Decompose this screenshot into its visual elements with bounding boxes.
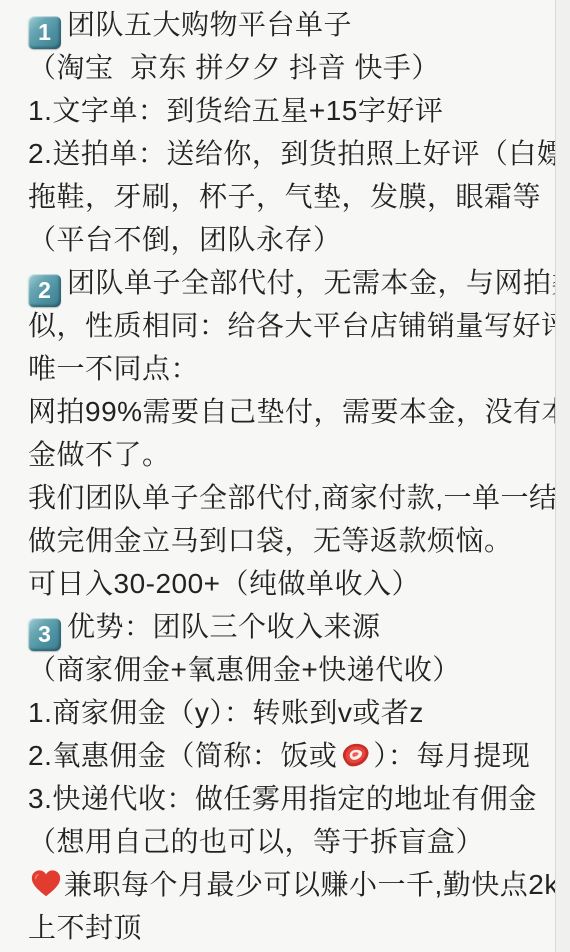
line-text: 兼职每个月最少可以赚小一千,勤快点2k， — [64, 869, 570, 900]
text-line: 3优势：团队三个收入来源 — [28, 605, 554, 648]
heart-icon — [29, 867, 63, 901]
line-text: 2.送拍单：送给你，到货拍照上好评（白嫖） — [28, 138, 570, 169]
text-line: （想用自己的也可以，等于拆盲盒） — [28, 820, 554, 863]
line-text: 上不封顶 — [28, 912, 142, 943]
line-text: 3.快递代收：做任雾用指定的地址有佣金 — [28, 783, 537, 814]
line-text: 做完佣金立马到口袋，无等返款烦恼。 — [28, 525, 513, 556]
meat-icon — [338, 738, 372, 772]
line-text: 金做不了。 — [28, 439, 171, 470]
line-text: （商家佣金+氧惠佣金+快递代收） — [28, 654, 461, 685]
line-text: ）：每月提现 — [373, 740, 530, 771]
line-text: （淘宝 京东 拼夕夕 抖音 快手） — [28, 52, 440, 83]
line-text: （平台不倒，团队永存） — [28, 224, 342, 255]
text-line: 2.氧惠佣金（简称：饭或 ）：每月提现 — [28, 734, 554, 777]
text-line: 3.快递代收：做任雾用指定的地址有佣金 — [28, 777, 554, 820]
keycap-2-icon: 2 — [28, 274, 61, 307]
line-text: 似，性质相同：给各大平台店铺销量写好评。 — [28, 310, 570, 341]
line-text: 1.文字单：到货给五星+15字好评 — [28, 95, 443, 126]
text-line: 拖鞋，牙刷，杯子，气垫，发膜，眼霜等 — [28, 175, 554, 218]
line-text: 优势：团队三个收入来源 — [67, 611, 381, 642]
text-line: 唯一不同点： — [28, 347, 554, 390]
text-line: （淘宝 京东 拼夕夕 抖音 快手） — [28, 46, 554, 89]
text-line: 似，性质相同：给各大平台店铺销量写好评。 — [28, 304, 554, 347]
text-line: 我们团队单子全部代付,商家付款,一单一结， — [28, 476, 554, 519]
line-text: （想用自己的也可以，等于拆盲盒） — [28, 826, 484, 857]
text-line: （商家佣金+氧惠佣金+快递代收） — [28, 648, 554, 691]
keycap-3-icon: 3 — [28, 618, 61, 651]
text-line: 金做不了。 — [28, 433, 554, 476]
line-text: 2.氧惠佣金（简称：饭或 — [28, 740, 337, 771]
text-line: 1.文字单：到货给五星+15字好评 — [28, 89, 554, 132]
line-text: 唯一不同点： — [28, 353, 199, 384]
text-line: （平台不倒，团队永存） — [28, 218, 554, 261]
text-line: 可日入30-200+（纯做单收入） — [28, 562, 554, 605]
text-line: 网拍99%需要自己垫付，需要本金，没有本 — [28, 390, 554, 433]
text-line: 2.送拍单：送给你，到货拍照上好评（白嫖） — [28, 132, 554, 175]
line-text: 团队单子全部代付，无需本金，与网拍类 — [67, 267, 570, 298]
text-line: 上不封顶 — [28, 906, 554, 949]
right-edge-divider — [555, 0, 570, 952]
line-text: 我们团队单子全部代付,商家付款,一单一结， — [28, 482, 570, 513]
note-content: 1团队五大购物平台单子（淘宝 京东 拼夕夕 抖音 快手）1.文字单：到货给五星+… — [28, 3, 554, 949]
text-line: 1.商家佣金（y）：转账到v或者z — [28, 691, 554, 734]
line-text: 团队五大购物平台单子 — [67, 9, 352, 40]
keycap-1-icon: 1 — [28, 16, 61, 49]
text-line: 1团队五大购物平台单子 — [28, 3, 554, 46]
line-text: 可日入30-200+（纯做单收入） — [28, 568, 420, 599]
line-text: 拖鞋，牙刷，杯子，气垫，发膜，眼霜等 — [28, 181, 541, 212]
line-text: 网拍99%需要自己垫付，需要本金，没有本 — [28, 396, 570, 427]
text-line: 2团队单子全部代付，无需本金，与网拍类 — [28, 261, 554, 304]
text-line: 兼职每个月最少可以赚小一千,勤快点2k， — [28, 863, 554, 906]
line-text: 1.商家佣金（y）：转账到v或者z — [28, 697, 424, 728]
text-line: 做完佣金立马到口袋，无等返款烦恼。 — [28, 519, 554, 562]
